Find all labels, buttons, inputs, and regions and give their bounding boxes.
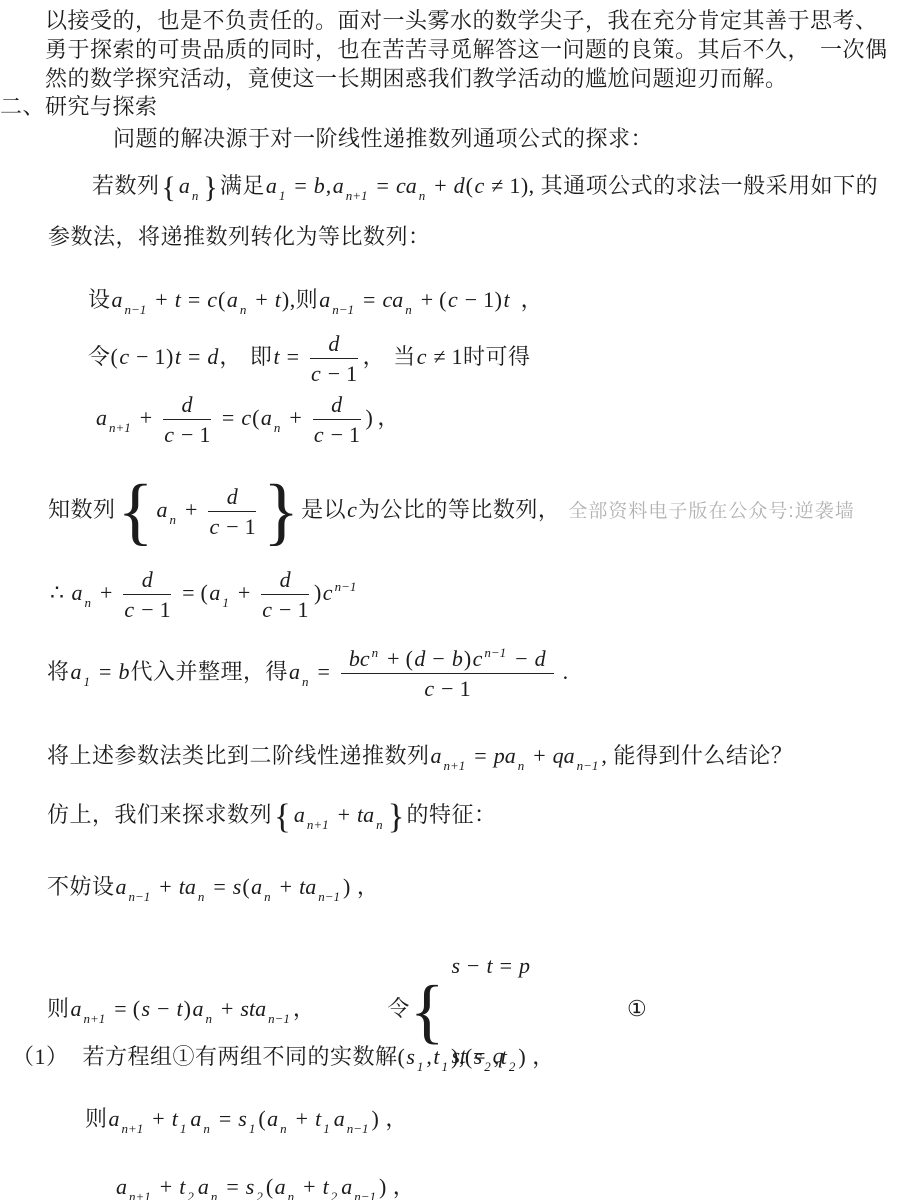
math-variable: t xyxy=(432,1044,440,1069)
math-operator: − xyxy=(461,953,485,978)
text-run: 即 xyxy=(250,344,273,369)
text-run: ( xyxy=(133,996,141,1021)
math-operator: − xyxy=(273,597,297,622)
math-variable: s xyxy=(141,996,152,1021)
line-second-order-question: 将上述参数法类比到二阶线性递推数列an+1=pan+qan−1, 能得到什么结论… xyxy=(47,740,793,772)
math-operator: = xyxy=(281,344,305,369)
line-intro: 问题的解决源于对一阶线性递推数列通项公式的探求： xyxy=(113,124,653,154)
math-operator: − xyxy=(220,514,244,539)
math-variable: a xyxy=(95,405,108,430)
text-run: ) xyxy=(379,1174,387,1199)
math-subscript: n−1 xyxy=(125,302,147,317)
math-operator: − xyxy=(130,344,154,369)
math-operator: − xyxy=(151,996,175,1021)
text-run: 1 xyxy=(460,676,472,701)
text-run: 的特征： xyxy=(406,802,496,827)
math-variable: t xyxy=(174,344,182,369)
fraction: dc−1 xyxy=(123,567,171,623)
fraction-numerator: d xyxy=(261,567,309,595)
para-line-2: 勇于探索的可贵品质的同时，也在苦苦寻觅解答这一问题的良策。其后不久，一次偶 xyxy=(45,35,888,65)
math-operator: = xyxy=(213,1106,237,1131)
math-subscript: n+1 xyxy=(122,1121,144,1136)
math-variable: t xyxy=(274,287,282,312)
math-operator: + xyxy=(415,287,439,312)
text-run: ， xyxy=(521,287,544,312)
math-variable: t xyxy=(178,1174,186,1199)
math-subscript: n+1 xyxy=(84,1011,106,1026)
text-run: 参数法，将递推数列转化为等比数列： xyxy=(48,224,431,249)
math-subscript: n xyxy=(274,420,281,435)
math-variable: b xyxy=(451,646,464,671)
text-run: ( xyxy=(266,1174,274,1199)
math-subscript: 1 xyxy=(222,595,229,610)
math-operator: + xyxy=(215,996,239,1021)
math-operator: ≠ xyxy=(485,173,509,198)
document-page: 以接受的，也是不负责任的。面对一头雾水的数学尖子，我在充分肯定其善于思考、勇于探… xyxy=(0,0,900,1200)
text-run: 勇于探索的可贵品质的同时，也在苦苦寻觅解答这一问题的良策。其后不久， xyxy=(45,37,810,62)
math-variable: ca xyxy=(381,287,404,312)
text-run: ( xyxy=(242,874,250,899)
line-case1: （1）若方程组①有两组不同的实数解(s1,t1),(s2,t2)， xyxy=(12,1042,555,1072)
math-operator: = xyxy=(311,659,335,684)
line-shifted-recurrence: an+1+dc−1=c(an+dc−1)， xyxy=(95,388,400,448)
math-subscript: n+1 xyxy=(129,1189,151,1200)
math-variable: t xyxy=(176,996,184,1021)
math-variable: bc xyxy=(348,646,371,671)
math-operator: + xyxy=(179,497,203,522)
math-variable: t xyxy=(502,287,510,312)
text-run: ) xyxy=(464,646,472,671)
math-variable: ta xyxy=(298,874,317,899)
math-variable: c xyxy=(472,646,484,671)
math-operator: ≠ xyxy=(427,344,451,369)
text-run: ， xyxy=(293,996,316,1021)
math-subscript: n xyxy=(518,758,525,773)
text-run: ( xyxy=(258,1106,266,1131)
math-operator: + xyxy=(249,287,273,312)
math-operator: = xyxy=(182,344,206,369)
math-subscript: n+1 xyxy=(109,420,131,435)
text-run: ， xyxy=(532,1044,555,1069)
math-subscript: n+1 xyxy=(346,188,368,203)
math-operator: + xyxy=(290,1106,314,1131)
para-line-3: 然的数学探究活动，竟使这一长期困惑我们教学活动的尴尬问题迎刃而解。 xyxy=(45,64,788,94)
math-variable: t xyxy=(322,1174,330,1199)
text-run: 1) xyxy=(155,344,174,369)
text-run: 1 xyxy=(297,597,309,622)
math-variable: c xyxy=(473,173,485,198)
math-subscript: 2 xyxy=(331,1189,338,1200)
math-variable: s xyxy=(237,1106,248,1131)
math-operator: = xyxy=(220,1174,244,1199)
math-operator: = xyxy=(207,874,231,899)
math-subscript: 1 xyxy=(84,674,91,689)
math-subscript: n xyxy=(280,1121,287,1136)
math-subscript: 2 xyxy=(484,1059,491,1074)
text-run: ) xyxy=(343,874,351,899)
fraction-numerator: d xyxy=(208,484,256,512)
math-variable: b xyxy=(313,173,326,198)
math-variable: c xyxy=(310,361,322,386)
math-subscript: n−1 xyxy=(347,1121,369,1136)
math-variable: a xyxy=(340,1174,353,1199)
math-variable: a xyxy=(266,1106,279,1131)
math-variable: a xyxy=(191,996,204,1021)
math-operator: + xyxy=(232,580,256,605)
text-run: ) xyxy=(371,1106,379,1131)
line-geometric-sequence: 知数列{an+dc−1}是以c为公比的等比数列，全部资料电子版在公众号:逆袭墙 xyxy=(48,472,855,550)
math-subscript: n+1 xyxy=(307,817,329,832)
line-eq-t1: 则an+1+t1an=s1(an+t1an−1)， xyxy=(85,1102,408,1136)
math-subscript: n xyxy=(211,1189,218,1200)
fraction-numerator: d xyxy=(310,331,358,359)
math-subscript: n xyxy=(302,674,309,689)
text-run: 一次偶 xyxy=(820,37,888,62)
math-superscript: n−1 xyxy=(335,579,357,594)
math-variable: d xyxy=(181,392,194,417)
fraction-numerator: bcn+(d−b)cn−1−d xyxy=(341,646,554,674)
math-subscript: n xyxy=(264,889,271,904)
line-assume: 不妨设an−1+tan=s(an+tan−1)， xyxy=(47,870,379,904)
math-subscript: 1 xyxy=(442,1059,449,1074)
fraction-numerator: d xyxy=(123,567,171,595)
line-general-term: 将a1=b代入并整理，得an=bcn+(d−b)cn−1−dc−1. xyxy=(47,637,569,707)
text-run: 其通项公式的求法一般采用如下的 xyxy=(541,173,879,198)
text-run: 若方程组①有两组不同的实数解 xyxy=(83,1044,398,1069)
math-variable: a xyxy=(430,743,443,768)
math-operator: − xyxy=(322,361,346,386)
line-therefore-formula: ∴ an+dc−1=(a1+dc−1)cn−1 xyxy=(50,563,359,623)
text-run: 则 xyxy=(47,996,70,1021)
fraction-denominator: c−1 xyxy=(163,420,211,447)
math-subscript: n−1 xyxy=(129,889,151,904)
math-variable: a xyxy=(108,1106,121,1131)
heading-section-2: 二、研究与探索 xyxy=(0,92,158,122)
math-operator: + xyxy=(332,802,356,827)
math-subscript: n xyxy=(240,302,247,317)
text-run: ) xyxy=(314,580,322,605)
math-variable: pa xyxy=(493,743,517,768)
math-operator: + xyxy=(274,874,298,899)
math-subscript: n xyxy=(203,1121,210,1136)
math-variable: d xyxy=(141,567,154,592)
fraction: bcn+(d−b)cn−1−dc−1 xyxy=(341,646,554,702)
math-operator: − xyxy=(435,676,459,701)
math-variable: c xyxy=(240,405,252,430)
math-operator: + xyxy=(153,874,177,899)
fraction-denominator: c−1 xyxy=(123,595,171,622)
math-variable: t xyxy=(485,953,493,978)
math-operator: + xyxy=(283,405,307,430)
text-run: 将上述参数法类比到二阶线性递推数列 xyxy=(47,743,430,768)
math-variable: ta xyxy=(178,874,197,899)
math-subscript: 2 xyxy=(187,1189,194,1200)
math-subscript: n xyxy=(405,302,412,317)
text-run: 以接受的，也是不负责任的。面对一头雾水的数学尖子，我在充分肯定其善于思考、 xyxy=(45,8,878,33)
fraction-denominator: c−1 xyxy=(208,512,256,539)
math-operator: + xyxy=(527,743,551,768)
fraction-denominator: c−1 xyxy=(310,359,358,386)
math-subscript: n−1 xyxy=(268,1011,290,1026)
math-subscript: n xyxy=(192,188,199,203)
text-run: ， xyxy=(357,874,380,899)
math-variable: d xyxy=(226,484,239,509)
para-line-1: 以接受的，也是不负责任的。面对一头雾水的数学尖子，我在充分肯定其善于思考、 xyxy=(45,6,878,36)
math-subscript: 1 xyxy=(279,188,286,203)
math-variable: a xyxy=(318,287,331,312)
math-variable: c xyxy=(313,422,325,447)
math-superscript: n xyxy=(372,645,379,660)
math-variable: t xyxy=(272,344,280,369)
fraction-denominator: c−1 xyxy=(261,595,309,622)
math-operator: + xyxy=(94,580,118,605)
line-explore-sequence: 仿上，我们来探求数列{an+1+tan}的特征： xyxy=(47,797,496,833)
math-variable: c xyxy=(261,597,273,622)
math-variable: t xyxy=(500,1044,508,1069)
math-variable: s xyxy=(450,953,461,978)
math-variable: d xyxy=(327,331,340,356)
math-variable: a xyxy=(293,802,306,827)
text-run: ),( xyxy=(451,1044,473,1069)
fraction: dc−1 xyxy=(208,484,256,540)
text-run: （1） xyxy=(12,1044,69,1069)
math-operator: = xyxy=(468,743,492,768)
text-run: ) xyxy=(366,405,374,430)
text-run: ， xyxy=(385,1106,408,1131)
text-run: 令 xyxy=(387,996,410,1021)
math-variable: c xyxy=(206,287,218,312)
math-operator: + xyxy=(381,646,405,671)
math-variable: s xyxy=(245,1174,256,1199)
math-variable: a xyxy=(115,1174,128,1199)
math-operator: + xyxy=(428,173,452,198)
math-variable: c xyxy=(322,580,334,605)
math-operator: + xyxy=(146,1106,170,1131)
text-run: 仿上，我们来探求数列 xyxy=(47,802,272,827)
math-subscript: n xyxy=(170,512,177,527)
math-variable: a xyxy=(197,1174,210,1199)
math-subscript: n−1 xyxy=(332,302,354,317)
math-operator: = xyxy=(216,405,240,430)
text-run: 令 xyxy=(88,344,111,369)
text-run: 二、研究与探索 xyxy=(0,94,158,119)
math-operator: = xyxy=(371,173,395,198)
math-operator: = xyxy=(288,173,312,198)
text-run: ( xyxy=(218,287,226,312)
math-variable: c xyxy=(123,597,135,622)
line-solve-t: 令(c−1)t=d，即t=dc−1，当c≠1时可得 xyxy=(88,327,531,387)
math-subscript: n−1 xyxy=(354,1189,376,1200)
text-run: 1 xyxy=(245,514,257,539)
math-variable: a xyxy=(332,173,345,198)
text-run: , xyxy=(494,1044,500,1069)
line-recurrence-def: 若数列{an}满足a1=b,an+1=can+d(c≠1),其通项公式的求法一般… xyxy=(92,168,878,204)
fraction: dc−1 xyxy=(313,392,361,448)
math-variable: a xyxy=(226,287,239,312)
math-variable: a xyxy=(111,287,124,312)
text-run: ∴ xyxy=(50,580,71,605)
text-run: 知数列 xyxy=(48,497,116,522)
math-operator: − xyxy=(426,646,450,671)
math-operator: = xyxy=(357,287,381,312)
math-variable: d xyxy=(534,646,547,671)
math-subscript: n−1 xyxy=(318,889,340,904)
fraction: dc−1 xyxy=(310,331,358,387)
math-variable: d xyxy=(279,567,292,592)
math-variable: a xyxy=(260,405,273,430)
text-run: 则 xyxy=(85,1106,108,1131)
text-run: 设 xyxy=(88,287,111,312)
math-variable: a xyxy=(333,1106,346,1131)
text-run: ① xyxy=(627,996,647,1021)
math-variable: c xyxy=(118,344,130,369)
math-subscript: 2 xyxy=(256,1189,263,1200)
math-variable: d xyxy=(206,344,219,369)
text-run: 时可得 xyxy=(463,344,531,369)
math-variable: sta xyxy=(239,996,267,1021)
fraction-denominator: c−1 xyxy=(341,674,554,701)
math-variable: ca xyxy=(395,173,418,198)
text-run: 代入并整理，得 xyxy=(130,659,288,684)
text-run: ， xyxy=(393,1174,416,1199)
system-row: s−t=p xyxy=(450,928,531,1004)
math-subscript: n xyxy=(205,1011,212,1026)
text-run: 不妨设 xyxy=(47,874,115,899)
math-operator: − xyxy=(459,287,483,312)
math-operator: + xyxy=(154,1174,178,1199)
math-subscript: 1 xyxy=(417,1059,424,1074)
math-variable: b xyxy=(117,659,130,684)
math-variable: a xyxy=(178,173,191,198)
text-run: ， xyxy=(219,344,242,369)
math-subscript: n xyxy=(376,817,383,832)
fraction-denominator: c−1 xyxy=(313,420,361,447)
math-subscript: n xyxy=(198,889,205,904)
text-run: ), xyxy=(282,287,296,312)
text-run: ) xyxy=(518,1044,526,1069)
math-variable: a xyxy=(288,659,301,684)
math-variable: a xyxy=(156,497,169,522)
text-run: 1), xyxy=(509,173,534,198)
fraction: dc−1 xyxy=(261,567,309,623)
math-variable: c xyxy=(416,344,428,369)
math-variable: a xyxy=(115,874,128,899)
math-subscript: n−1 xyxy=(577,758,599,773)
math-subscript: n xyxy=(288,1189,295,1200)
math-variable: a xyxy=(71,580,84,605)
text-run: 问题的解决源于对一阶线性递推数列通项公式的探求： xyxy=(113,126,653,151)
text-run: 满足 xyxy=(220,173,265,198)
math-variable: ta xyxy=(356,802,375,827)
text-run: , 能得到什么结论？ xyxy=(601,743,793,768)
math-subscript: 1 xyxy=(323,1121,330,1136)
text-run: 1 xyxy=(346,361,358,386)
math-operator: − xyxy=(509,646,533,671)
math-variable: c xyxy=(447,287,459,312)
math-operator: = xyxy=(182,287,206,312)
text-run: 当 xyxy=(393,344,416,369)
text-run: 1 xyxy=(160,597,172,622)
math-variable: a xyxy=(189,1106,202,1131)
math-variable: t xyxy=(171,1106,179,1131)
line-parameter-method: 参数法，将递推数列转化为等比数列： xyxy=(48,222,431,252)
text-run: 将 xyxy=(47,659,70,684)
math-subscript: 2 xyxy=(509,1059,516,1074)
line-set-t: 设an−1+t=c(an+t),则an−1=can+(c−1)t， xyxy=(88,284,543,316)
text-run: 1 xyxy=(199,422,211,447)
math-variable: d xyxy=(453,173,466,198)
math-variable: a xyxy=(70,659,83,684)
math-variable: p xyxy=(518,953,531,978)
math-variable: t xyxy=(174,287,182,312)
math-operator: = xyxy=(176,580,200,605)
text-run: 若数列 xyxy=(92,173,160,198)
math-variable: c xyxy=(163,422,175,447)
math-operator: = xyxy=(494,953,518,978)
math-operator: = xyxy=(93,659,117,684)
math-subscript: n xyxy=(419,188,426,203)
math-variable: s xyxy=(405,1044,416,1069)
math-variable: a xyxy=(208,580,221,605)
math-variable: c xyxy=(423,676,435,701)
math-superscript: n−1 xyxy=(484,645,506,660)
fraction-numerator: d xyxy=(313,392,361,420)
math-operator: − xyxy=(175,422,199,447)
math-operator: + xyxy=(149,287,173,312)
text-run: 1) xyxy=(483,287,502,312)
math-variable: s xyxy=(232,874,243,899)
math-operator: + xyxy=(134,405,158,430)
math-operator: = xyxy=(108,996,132,1021)
text-run: 1 xyxy=(349,422,361,447)
fraction-numerator: d xyxy=(163,392,211,420)
text-run: ， xyxy=(363,344,386,369)
watermark-text: 全部资料电子版在公众号:逆袭墙 xyxy=(568,501,854,522)
text-run: 是以 xyxy=(301,497,346,522)
math-variable: a xyxy=(274,1174,287,1199)
math-variable: c xyxy=(208,514,220,539)
text-run: 为公比的等比数列， xyxy=(358,497,561,522)
math-variable: a xyxy=(265,173,278,198)
math-operator: + xyxy=(297,1174,321,1199)
math-variable: t xyxy=(314,1106,322,1131)
text-run: ( xyxy=(439,287,447,312)
math-subscript: 1 xyxy=(180,1121,187,1136)
math-subscript: 1 xyxy=(249,1121,256,1136)
math-subscript: n xyxy=(85,595,92,610)
line-eq-t2: an+1+t2an=s2(an+t2an−1)， xyxy=(115,1170,415,1200)
text-run: 然的数学探究活动，竟使这一长期困惑我们教学活动的尴尬问题迎刃而解。 xyxy=(45,66,788,91)
math-variable: a xyxy=(70,996,83,1021)
math-variable: c xyxy=(346,497,358,522)
math-operator: − xyxy=(325,422,349,447)
math-variable: qa xyxy=(552,743,576,768)
text-run: 则 xyxy=(296,287,319,312)
text-run: , xyxy=(326,173,332,198)
math-variable: s xyxy=(473,1044,484,1069)
text-run: ， xyxy=(377,405,400,430)
math-variable: a xyxy=(250,874,263,899)
fraction: dc−1 xyxy=(163,392,211,448)
text-run: . xyxy=(563,659,569,684)
text-run: 1 xyxy=(452,344,464,369)
math-operator: − xyxy=(135,597,159,622)
math-subscript: n+1 xyxy=(444,758,466,773)
math-variable: d xyxy=(413,646,426,671)
text-run: ( xyxy=(252,405,260,430)
math-variable: d xyxy=(330,392,343,417)
